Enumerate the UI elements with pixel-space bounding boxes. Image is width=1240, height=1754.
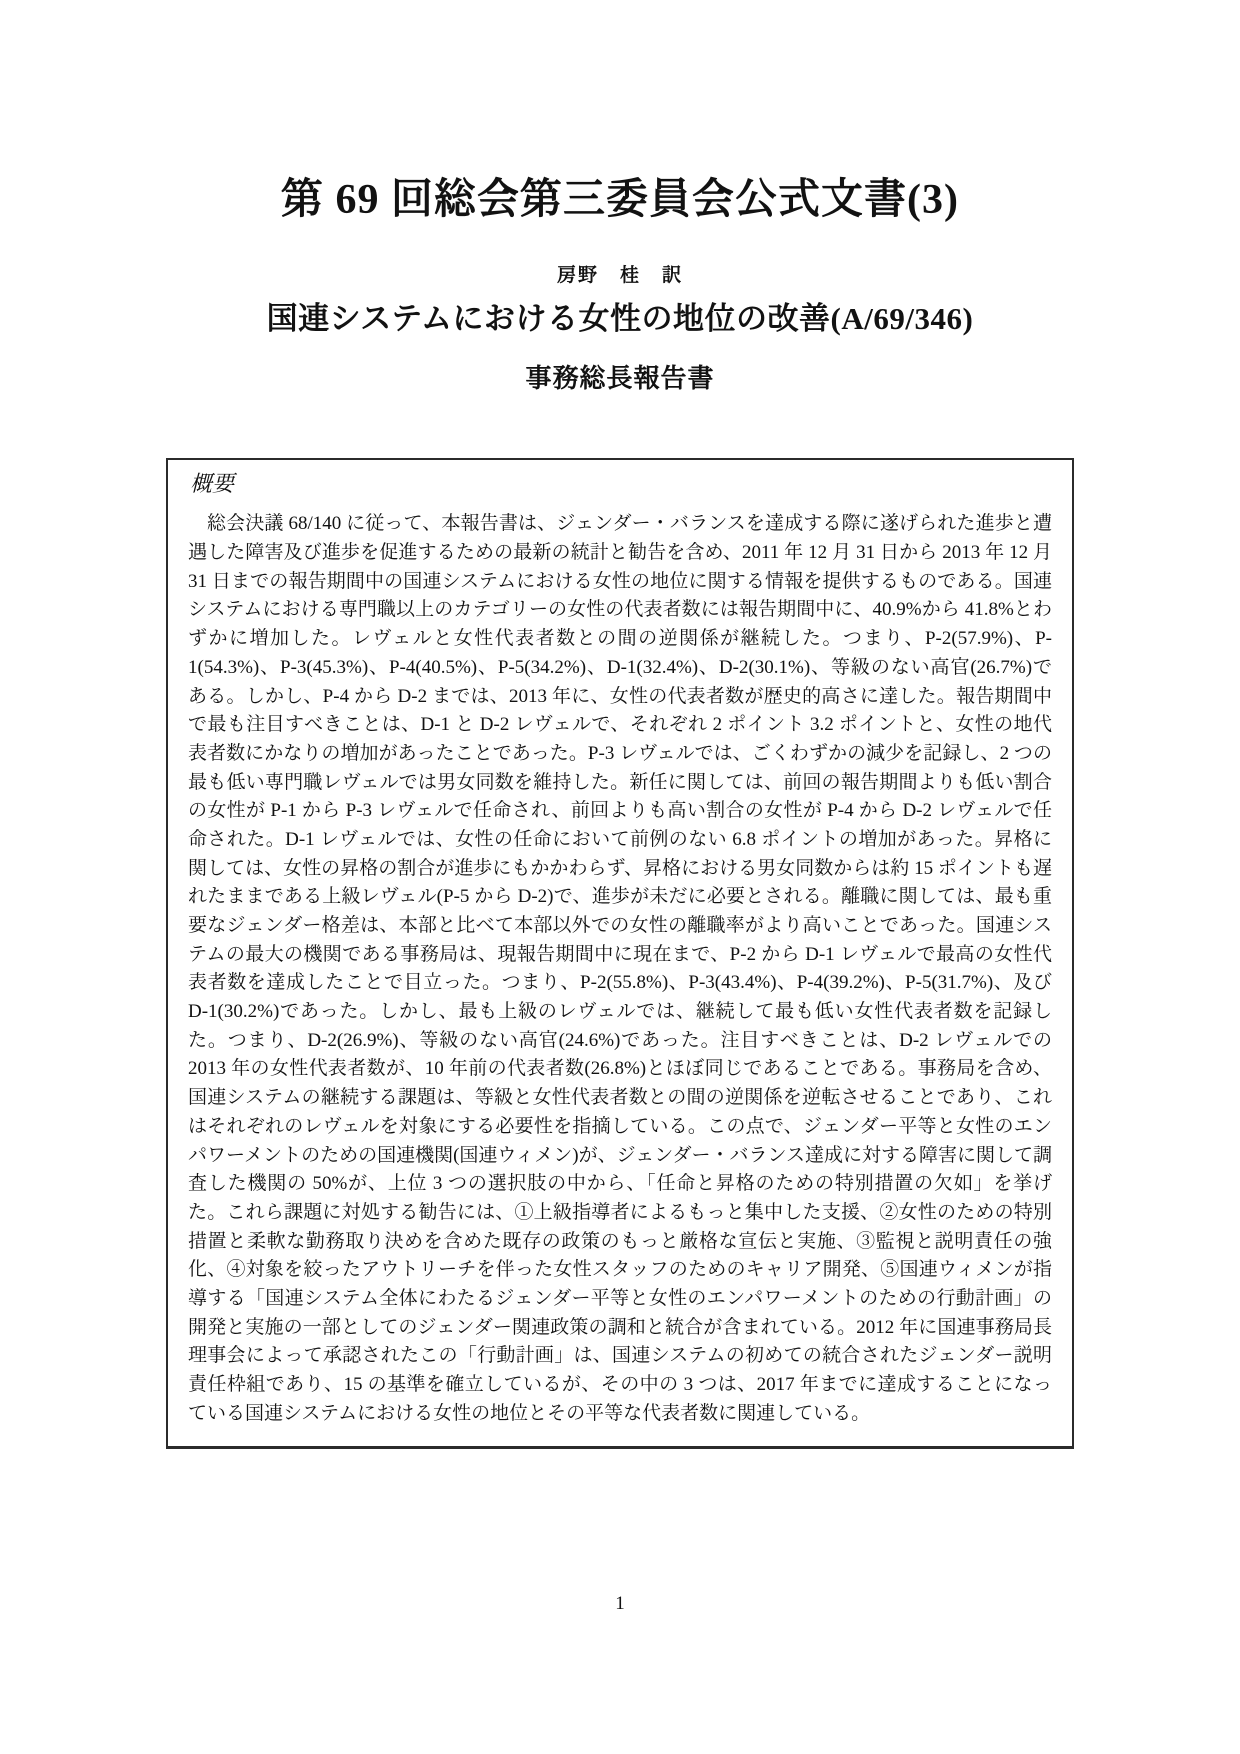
document-page: 第 69 回総会第三委員会公式文書(3) 房野 桂 訳 国連システムにおける女性… [0, 0, 1240, 1754]
summary-box: 概要 総会決議 68/140 に従って、本報告書は、ジェンダー・バランスを達成す… [166, 458, 1074, 1450]
page-number: 1 [0, 1593, 1240, 1615]
document-title: 第 69 回総会第三委員会公式文書(3) [0, 0, 1240, 224]
translator-credit: 房野 桂 訳 [0, 260, 1240, 287]
summary-label: 概要 [190, 470, 1052, 499]
summary-body-text: 総会決議 68/140 に従って、本報告書は、ジェンダー・バランスを達成する際に… [188, 510, 1052, 1428]
report-heading: 事務総長報告書 [0, 364, 1240, 394]
document-subtitle: 国連システムにおける女性の地位の改善(A/69/346) [0, 301, 1240, 337]
